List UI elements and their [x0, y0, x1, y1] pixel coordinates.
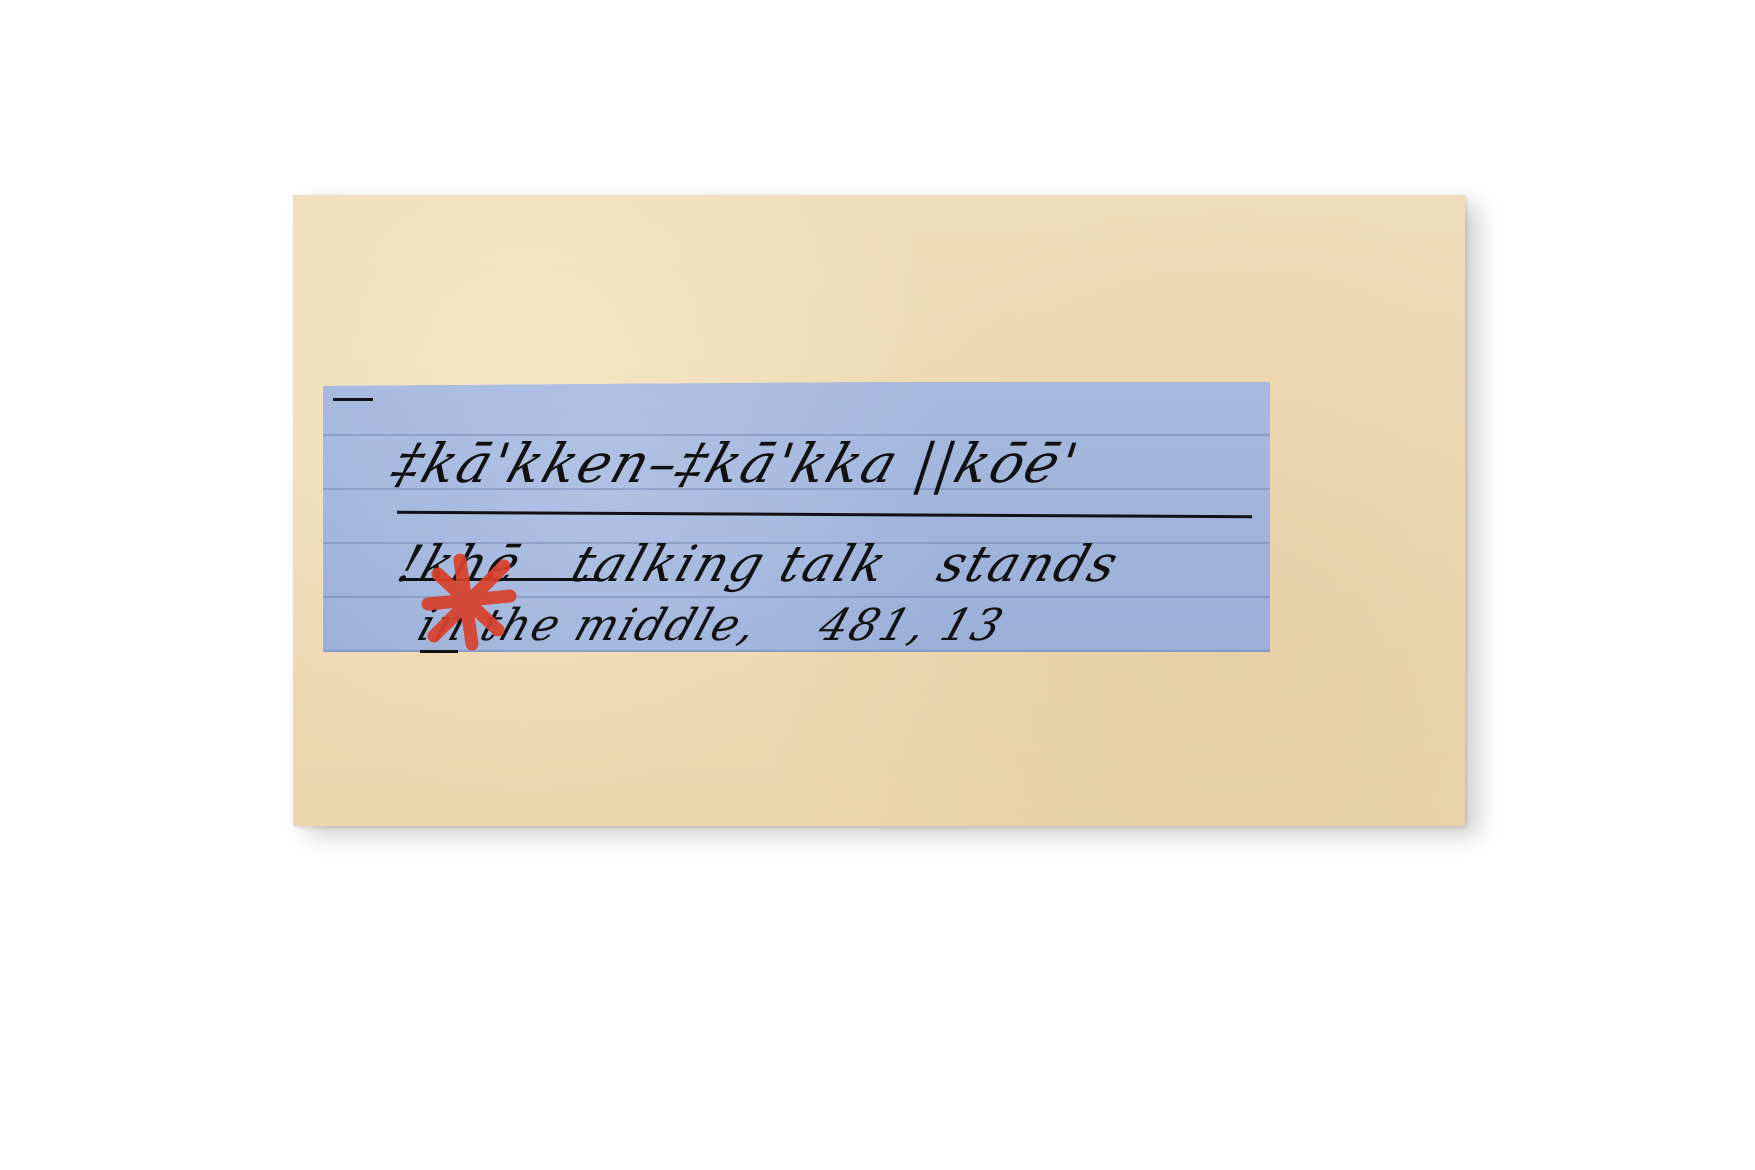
handwritten-line-1: ‡kā'kken–‡kā'kka ||kōē' [385, 432, 1087, 495]
asterisk-icon [418, 552, 518, 652]
ink-mark-top-left [333, 398, 373, 401]
